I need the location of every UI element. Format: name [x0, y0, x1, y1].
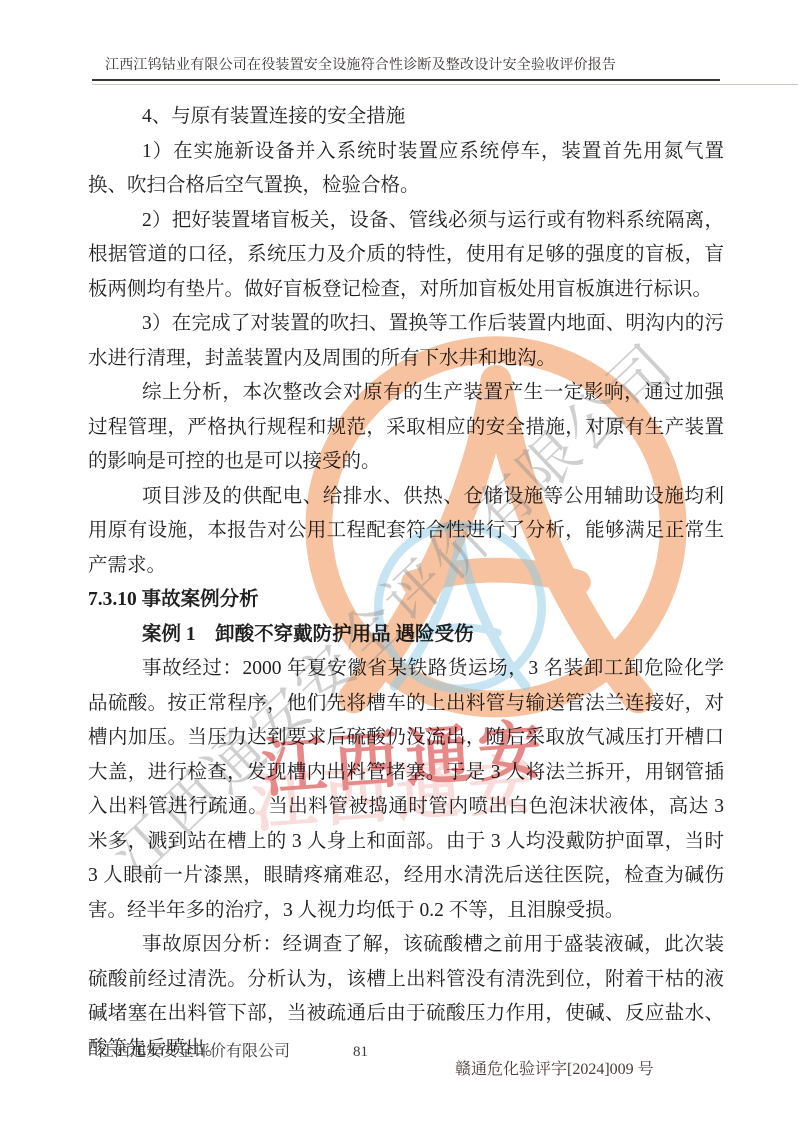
header-rule: [92, 79, 720, 81]
page-header: 江西江钨钴业有限公司在役装置安全设施符合性诊断及整改设计安全验收评价报告: [92, 54, 798, 74]
body-paragraph: 项目涉及的供配电、给排水、供热、仓储设施等公用辅助设施均利用原有设施，本报告对公…: [88, 480, 724, 584]
document-body: 4、与原有装置连接的安全措施 1）在实施新设备并入系统时装置应系统停车，装置首先…: [88, 100, 724, 1066]
case-heading: 案例 1 卸酸不穿戴防护用品 遇险受伤: [88, 618, 724, 653]
header-title: 江西江钨钴业有限公司在役装置安全设施符合性诊断及整改设计安全验收评价报告: [105, 54, 798, 74]
body-paragraph: 事故原因分析：经调查了解，该硫酸槽之前用于盛装液碱，此次装硫酸前经过清洗。分析认…: [88, 928, 724, 1066]
body-paragraph: 3）在完成了对装置的吹扫、置换等工作后装置内地面、明沟内的污水进行清理，封盖装置…: [88, 307, 724, 376]
body-paragraph: 1）在实施新设备并入系统时装置应系统停车，装置首先用氮气置换、吹扫合格后空气置换…: [88, 135, 724, 204]
body-paragraph: 综上分析，本次整改会对原有的生产装置产生一定影响，通过加强过程管理，严格执行规程…: [88, 376, 724, 480]
body-paragraph: 事故经过：2000 年夏安徽省某铁路货运场，3 名装卸工卸危险化学品硫酸。按正常…: [88, 652, 724, 928]
section-heading: 7.3.10 事故案例分析: [88, 583, 724, 618]
header-rule-faint: [92, 84, 798, 85]
report-page: 江西江钨钴业有限公司在役装置安全设施符合性诊断及整改设计安全验收评价报告 4、与…: [0, 0, 800, 1131]
body-paragraph: 2）把好装置堵盲板关，设备、管线必须与运行或有物料系统隔离，根据管道的口径，系统…: [88, 204, 724, 308]
body-paragraph: 4、与原有装置连接的安全措施: [88, 100, 724, 135]
